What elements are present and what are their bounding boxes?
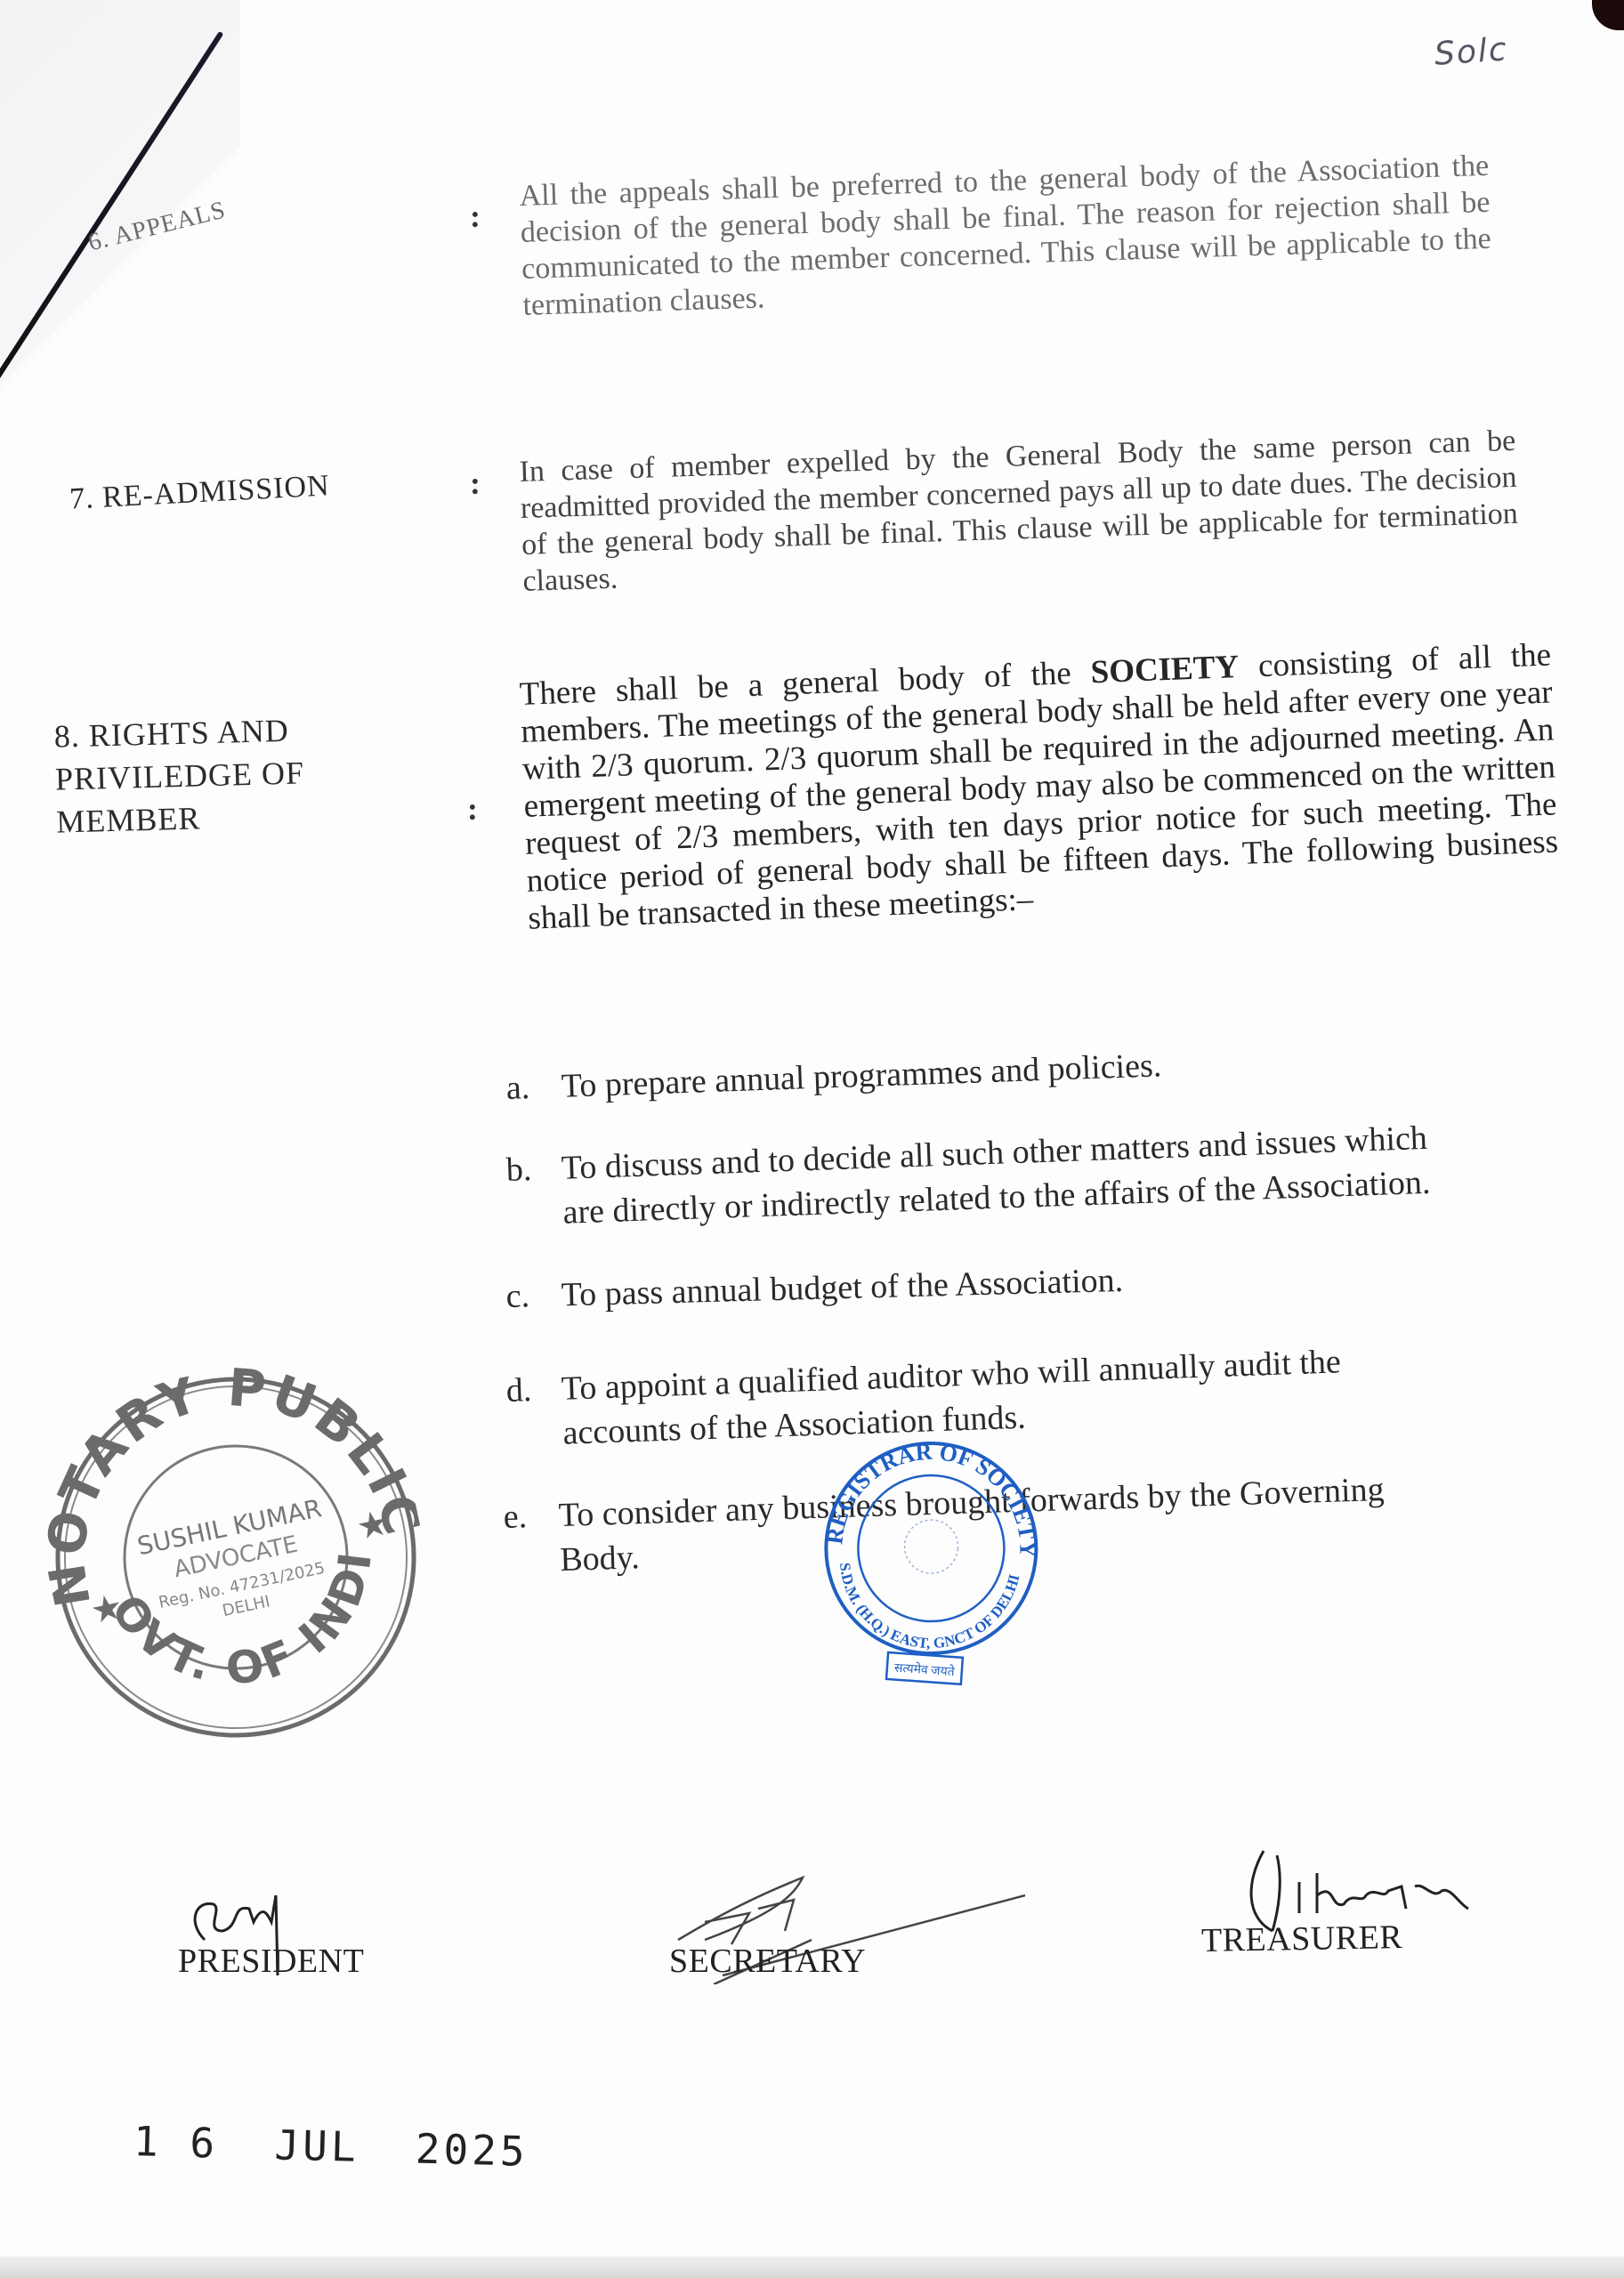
signatory-role: TREASURER — [1201, 1918, 1403, 1960]
svg-text:S.D.M. (H.Q.) EAST, GNCT OF DE: S.D.M. (H.Q.) EAST, GNCT OF DELHI — [830, 1561, 1022, 1659]
separator: : — [470, 464, 481, 502]
section-body: In case of member expelled by the Genera… — [519, 423, 1520, 600]
section-number: 8. — [53, 718, 80, 755]
separator: : — [467, 790, 478, 828]
background-corner — [1592, 0, 1624, 30]
section-title: 7. RE-ADMISSION — [69, 464, 331, 521]
signatory-role: PRESIDENT — [178, 1942, 364, 1981]
section-number: 7. — [69, 481, 94, 515]
handwritten-note: Solc — [1434, 31, 1509, 73]
section-body: There shall be a general body of the SOC… — [519, 636, 1560, 937]
item-label: b. — [505, 1146, 552, 1192]
title-line: RIGHTS AND — [88, 713, 289, 754]
section-title: 8. RIGHTS AND PRIVILEDGE OF MEMBER — [53, 708, 306, 843]
registrar-of-society-stamp: REGISTRAR OF SOCIETY S.D.M. (H.Q.) EAST,… — [805, 1425, 1054, 1707]
notary-public-stamp: NOTARY PUBLIC GOVT. OF INDIA ★ ★ SUSHIL … — [14, 1336, 457, 1779]
svg-text:REGISTRAR OF SOCIETY: REGISTRAR OF SOCIETY — [821, 1431, 1048, 1559]
title-line: PRIVILEDGE OF — [54, 751, 304, 800]
title-line: MEMBER — [56, 794, 306, 843]
item-text: To discuss and to decide all such other … — [561, 1116, 1431, 1235]
section-body: All the appeals shall be preferred to th… — [519, 148, 1493, 324]
separator: : — [470, 198, 481, 235]
item-label: a. — [505, 1064, 552, 1111]
item-label: d. — [505, 1367, 552, 1413]
svg-text:★: ★ — [87, 1586, 127, 1632]
section-title-text: RE-ADMISSION — [101, 469, 330, 513]
item-text: To prepare annual programmes and policie… — [561, 1043, 1162, 1109]
item-label: c. — [505, 1273, 551, 1319]
item-label: e. — [503, 1493, 549, 1539]
document-page: Solc 6. APPEALS : All the appeals shall … — [0, 0, 1624, 2278]
signatory-role: SECRETARY — [669, 1942, 866, 1981]
item-text: To pass annual budget of the Association… — [561, 1258, 1124, 1318]
date-stamp: 1 6 JUL 2025 — [133, 2117, 529, 2176]
page-bottom-edge — [0, 2257, 1624, 2278]
emphasis-society: SOCIETY — [1090, 649, 1240, 691]
